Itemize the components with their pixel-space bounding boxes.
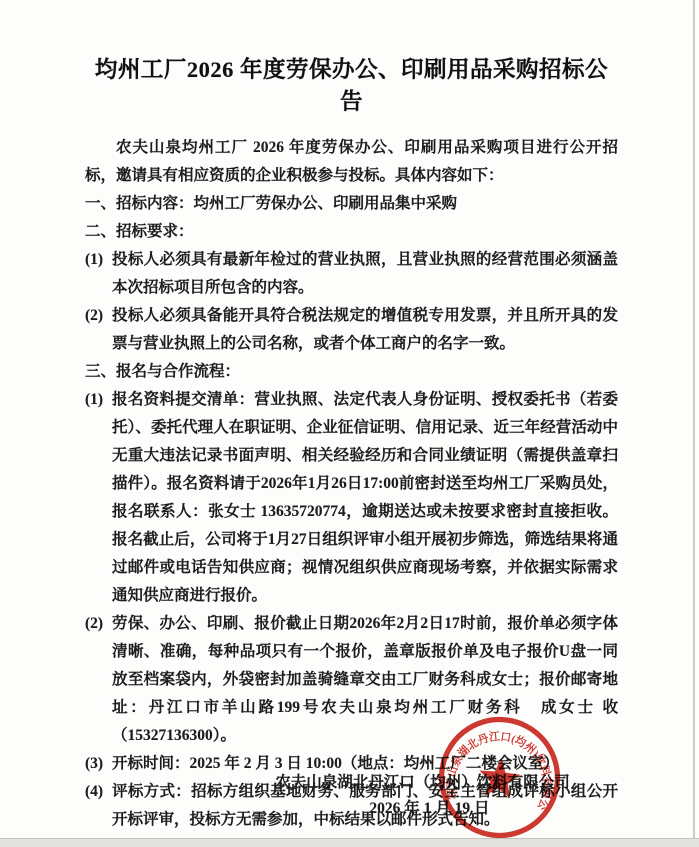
company-seal-stamp: 农夫山泉湖北丹江口(均州)饮料有限公司	[426, 704, 572, 847]
item-text: 报名资料提交清单：营业执照、法定代表人身份证明、授权委托书（若委托）、委托代理人…	[112, 386, 618, 610]
star-icon	[477, 755, 523, 799]
section-2-item-2: (2) 投标人必须具备能开具符合税法规定的增值税专用发票，并且所开具的发票与营业…	[85, 302, 618, 358]
section-3-heading: 三、报名与合作流程：	[85, 358, 618, 386]
item-number: (1)	[85, 246, 112, 302]
intro-paragraph: 农夫山泉均州工厂 2026 年度劳保办公、印刷用品采购项目进行公开招标，邀请具有…	[85, 134, 618, 190]
item-text: 投标人必须具有最新年检过的营业执照，且营业执照的经营范围必须涵盖本次招标项目所包…	[112, 246, 618, 302]
section-3-item-1: (1) 报名资料提交清单：营业执照、法定代表人身份证明、授权委托书（若委托）、委…	[85, 386, 618, 610]
scanner-bottom-bar	[0, 838, 699, 847]
item-number: (1)	[85, 386, 112, 610]
item-number: (2)	[85, 302, 112, 358]
signature-company-name: 农夫山泉湖北丹江口（均州）饮料有限公司	[73, 770, 699, 796]
page-right-edge-line	[693, 0, 695, 838]
item-number: (2)	[85, 610, 112, 750]
document-title: 均州工厂2026 年度劳保办公、印刷用品采购招标公告	[85, 54, 618, 118]
signature-block: 农夫山泉湖北丹江口（均州）饮料有限公司 2026 年 1 月 19 日	[0, 770, 699, 822]
section-2-heading: 二、招标要求：	[85, 218, 618, 246]
scanned-document-page: 均州工厂2026 年度劳保办公、印刷用品采购招标公告 农夫山泉均州工厂 2026…	[0, 0, 699, 847]
section-2-item-1: (1) 投标人必须具有最新年检过的营业执照，且营业执照的经营范围必须涵盖本次招标…	[85, 246, 618, 302]
item-text: 投标人必须具备能开具符合税法规定的增值税专用发票，并且所开具的发票与营业执照上的…	[112, 302, 618, 358]
signature-date: 2026 年 1 月 19 日	[80, 796, 699, 822]
section-1-heading: 一、招标内容：均州工厂劳保办公、印刷用品集中采购	[85, 190, 618, 218]
